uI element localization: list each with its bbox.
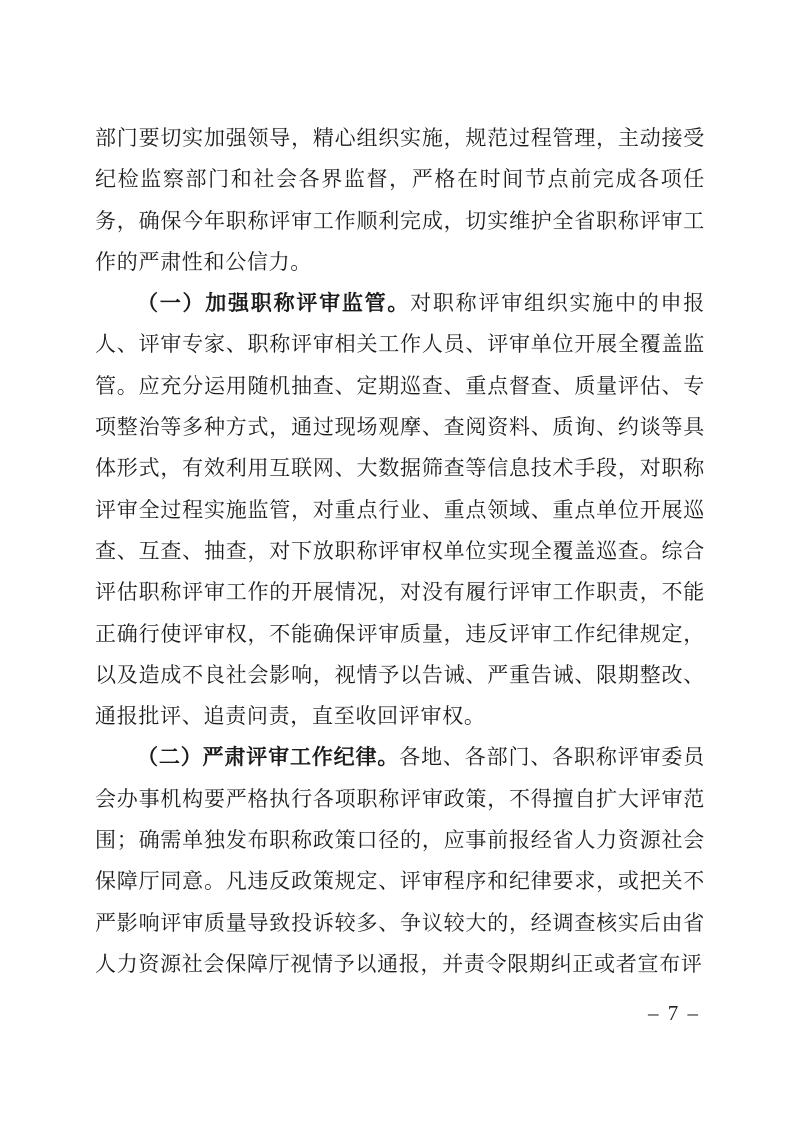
paragraph-section-1: （一）加强职称评审监管。对职称评审组织实施中的申报人、评审专家、职称评审相关工作… bbox=[95, 283, 705, 737]
document-body: 部门要切实加强领导，精心组织实施，规范过程管理，主动接受纪检监察部门和社会各界监… bbox=[95, 118, 705, 985]
section-1-heading: （一）加强职称评审监管。 bbox=[137, 291, 410, 315]
paragraph-text: 各地、各部门、各职称评审委员会办事机构要严格执行各项职称评审政策，不得擅自扩大评… bbox=[95, 745, 705, 975]
paragraph-text: 对职称评审组织实施中的申报人、评审专家、职称评审相关工作人员、评审单位开展全覆盖… bbox=[95, 291, 705, 728]
paragraph-section-2: （二）严肃评审工作纪律。各地、各部门、各职称评审委员会办事机构要严格执行各项职称… bbox=[95, 737, 705, 985]
paragraph-text: 部门要切实加强领导，精心组织实施，规范过程管理，主动接受纪检监察部门和社会各界监… bbox=[95, 126, 705, 274]
paragraph-continuation: 部门要切实加强领导，精心组织实施，规范过程管理，主动接受纪检监察部门和社会各界监… bbox=[95, 118, 705, 283]
section-2-heading: （二）严肃评审工作纪律。 bbox=[137, 745, 399, 769]
page-number: – 7 – bbox=[648, 1001, 700, 1026]
document-page: 部门要切实加强领导，精心组织实施，规范过程管理，主动接受纪检监察部门和社会各界监… bbox=[0, 0, 793, 1122]
